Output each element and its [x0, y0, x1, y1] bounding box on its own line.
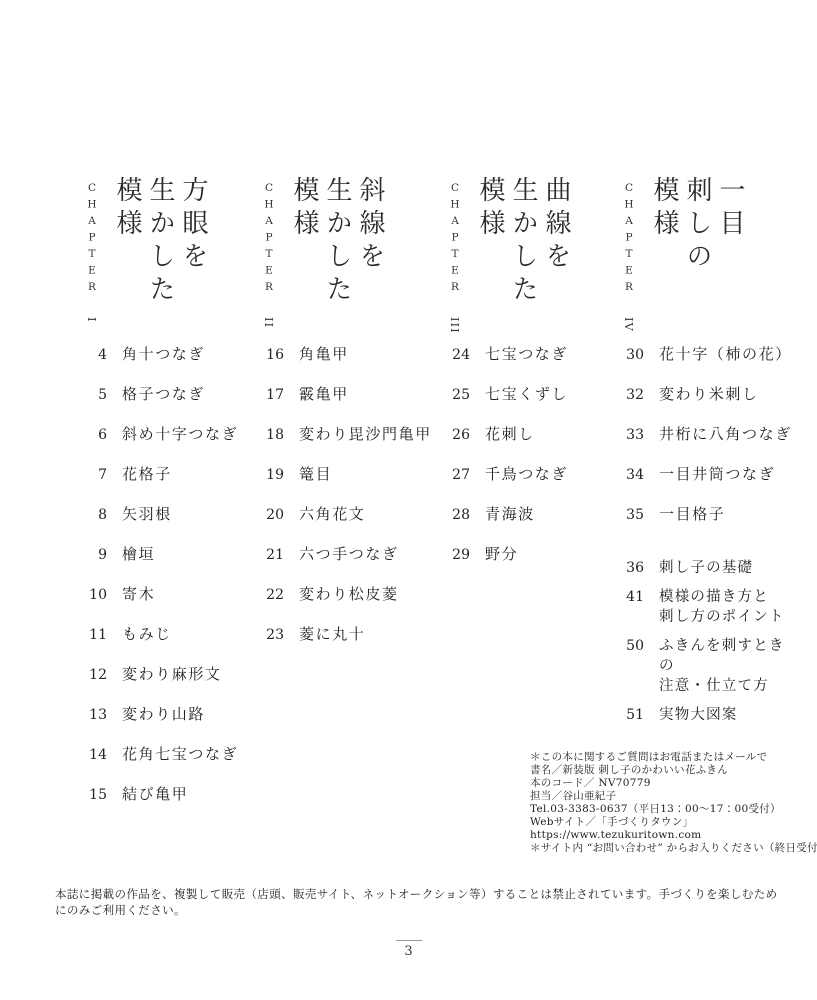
- toc-item: 5 格子つなぎ: [85, 384, 261, 404]
- chapter-title: 一目刺しの模様: [647, 176, 746, 328]
- contact-line: 担当／谷山亜紀子: [530, 790, 810, 803]
- toc-item: 10 寄木: [85, 584, 261, 604]
- book-toc-page: { "page": { "number": "3", "copyright_no…: [0, 0, 817, 1000]
- item-title-line: 矢羽根: [122, 504, 172, 524]
- item-page-number: 5: [85, 388, 107, 403]
- toc-item: 26 花刺し: [448, 424, 624, 444]
- item-title: 六つ手つなぎ: [299, 544, 399, 564]
- item-title: 千鳥つなぎ: [485, 464, 568, 484]
- item-title-line: 斜め十字つなぎ: [122, 424, 238, 444]
- item-title: 花角七宝つなぎ: [122, 744, 238, 764]
- contact-info-block: ＊この本に関するご質問はお電話またはメールで 書名／新装版 刺し子のかわいい花ふ…: [530, 751, 810, 855]
- item-title: 花格子: [122, 464, 172, 484]
- chapter-title-line: 模様: [110, 176, 143, 328]
- item-title: 篭目: [299, 464, 332, 484]
- chapter-section: CHAPTER II 斜線を生かした模様 16 角亀甲 17 霰亀甲 18 変わ…: [262, 176, 438, 678]
- item-page-number: 27: [448, 468, 470, 483]
- toc-item: 35 一目格子: [622, 504, 798, 524]
- item-title-line: もみじ: [122, 624, 172, 644]
- item-title-line: 花十字（柿の花）: [659, 344, 792, 364]
- item-page-number: 33: [622, 428, 644, 443]
- item-title-line: 注意・仕立て方: [659, 676, 798, 696]
- item-title-line: 結び亀甲: [122, 784, 188, 804]
- toc-item: 41 模様の描き方と刺し方のポイント: [622, 587, 798, 627]
- toc-item: 8 矢羽根: [85, 504, 261, 524]
- item-title: 七宝つなぎ: [485, 344, 568, 364]
- item-title: 斜め十字つなぎ: [122, 424, 238, 444]
- item-page-number: 21: [262, 548, 284, 563]
- copyright-note: 本誌に掲載の作品を、複製して販売（店頭、販売サイト、ネットオークション等）するこ…: [55, 886, 781, 918]
- chapter-title-line: 生かした: [320, 176, 353, 328]
- item-page-number: 9: [85, 548, 107, 563]
- chapter-item-list: 4 角十つなぎ 5 格子つなぎ 6 斜め十字つなぎ 7 花格子 8 矢羽根 9 …: [85, 344, 261, 804]
- item-title-line: ふきんを刺すときの: [659, 636, 798, 676]
- chapter-title: 斜線を生かした模様: [287, 176, 386, 328]
- item-title-line: 花角七宝つなぎ: [122, 744, 238, 764]
- chapter-word: CHAPTER: [449, 182, 461, 298]
- item-title: 一目井筒つなぎ: [659, 464, 775, 484]
- toc-item: 28 青海波: [448, 504, 624, 524]
- toc-item: 36 刺し子の基礎: [622, 558, 798, 578]
- item-title: 井桁に八角つなぎ: [659, 424, 792, 444]
- chapter-label: CHAPTER II: [262, 176, 276, 332]
- chapter-numeral: III: [448, 317, 462, 334]
- item-title-line: 青海波: [485, 504, 535, 524]
- chapter-section: CHAPTER IV 一目刺しの模様 30 花十字（柿の花） 32 変わり米刺し…: [622, 176, 798, 734]
- item-title: 格子つなぎ: [122, 384, 205, 404]
- toc-item: 16 角亀甲: [262, 344, 438, 364]
- toc-item: 33 井桁に八角つなぎ: [622, 424, 798, 444]
- item-title-line: 変わり麻形文: [122, 664, 222, 684]
- item-title-line: 千鳥つなぎ: [485, 464, 568, 484]
- toc-item: 25 七宝くずし: [448, 384, 624, 404]
- chapter-title-line: 模様: [647, 176, 680, 328]
- chapter-title-line: 模様: [473, 176, 506, 328]
- chapter-numeral: IV: [622, 317, 636, 332]
- item-title-line: 角十つなぎ: [122, 344, 205, 364]
- chapter-word: CHAPTER: [623, 182, 635, 298]
- item-title-line: 一目格子: [659, 504, 725, 524]
- item-page-number: 12: [85, 668, 107, 683]
- chapter-header: CHAPTER III 曲線を生かした模様: [448, 176, 624, 332]
- item-title: 変わり米刺し: [659, 384, 759, 404]
- chapter-section: CHAPTER III 曲線を生かした模様 24 七宝つなぎ 25 七宝くずし …: [448, 176, 624, 598]
- item-page-number: 26: [448, 428, 470, 443]
- item-title-line: 刺し子の基礎: [659, 558, 753, 578]
- item-title-line: 角亀甲: [299, 344, 349, 364]
- item-title: 寄木: [122, 584, 155, 604]
- toc-item: 21 六つ手つなぎ: [262, 544, 438, 564]
- item-title-line: 篭目: [299, 464, 332, 484]
- item-title: 実物大図案: [659, 705, 738, 725]
- chapter-title: 方眼を生かした模様: [110, 176, 209, 328]
- contact-line: Webサイト／「手づくりタウン」: [530, 816, 810, 829]
- chapter-title-line: 刺しの: [680, 176, 713, 328]
- item-title-line: 六つ手つなぎ: [299, 544, 399, 564]
- item-title: 変わり山路: [122, 704, 205, 724]
- toc-item: 30 花十字（柿の花）: [622, 344, 798, 364]
- item-title-line: 変わり毘沙門亀甲: [299, 424, 432, 444]
- item-page-number: 30: [622, 348, 644, 363]
- chapter-title-line: 生かした: [143, 176, 176, 328]
- item-title-line: 刺し方のポイント: [659, 607, 785, 627]
- item-title-line: 変わり山路: [122, 704, 205, 724]
- toc-item: 24 七宝つなぎ: [448, 344, 624, 364]
- item-title-line: 模様の描き方と: [659, 587, 785, 607]
- item-title: 花刺し: [485, 424, 535, 444]
- item-page-number: 15: [85, 788, 107, 803]
- item-page-number: 41: [622, 590, 644, 605]
- toc-item: 32 変わり米刺し: [622, 384, 798, 404]
- chapter-title-line: 曲線を: [539, 176, 572, 328]
- item-title: 角亀甲: [299, 344, 349, 364]
- item-page-number: 14: [85, 748, 107, 763]
- item-title-line: 檜垣: [122, 544, 155, 564]
- toc-item: 19 篭目: [262, 464, 438, 484]
- item-page-number: 10: [85, 588, 107, 603]
- contact-line: https://www.tezukuritown.com: [530, 829, 810, 842]
- item-title: 菱に丸十: [299, 624, 365, 644]
- item-title: ふきんを刺すときの注意・仕立て方: [659, 636, 798, 696]
- item-title: 花十字（柿の花）: [659, 344, 792, 364]
- toc-item: 23 菱に丸十: [262, 624, 438, 644]
- item-title-line: 井桁に八角つなぎ: [659, 424, 792, 444]
- item-page-number: 20: [262, 508, 284, 523]
- item-page-number: 23: [262, 628, 284, 643]
- item-page-number: 32: [622, 388, 644, 403]
- page-footer: 3: [0, 940, 817, 959]
- item-title-line: 一目井筒つなぎ: [659, 464, 775, 484]
- item-page-number: 28: [448, 508, 470, 523]
- item-title: 野分: [485, 544, 518, 564]
- item-title: 変わり麻形文: [122, 664, 222, 684]
- toc-item: 4 角十つなぎ: [85, 344, 261, 364]
- toc-item: 18 変わり毘沙門亀甲: [262, 424, 438, 444]
- chapter-numeral: II: [262, 317, 276, 328]
- toc-item: 11 もみじ: [85, 624, 261, 644]
- toc-item: 14 花角七宝つなぎ: [85, 744, 261, 764]
- chapter-item-list: 16 角亀甲 17 霰亀甲 18 変わり毘沙門亀甲 19 篭目 20 六角花文 …: [262, 344, 438, 644]
- item-title-line: 実物大図案: [659, 705, 738, 725]
- item-title: 変わり毘沙門亀甲: [299, 424, 432, 444]
- item-page-number: 35: [622, 508, 644, 523]
- page-number-rule: [396, 940, 422, 941]
- item-title: 一目格子: [659, 504, 725, 524]
- chapter-label: CHAPTER IV: [622, 176, 636, 332]
- chapter-title-line: 一目: [713, 176, 746, 328]
- chapter-title-line: 方眼を: [176, 176, 209, 328]
- toc-item: 13 変わり山路: [85, 704, 261, 724]
- item-title-line: 霰亀甲: [299, 384, 349, 404]
- item-title-line: 七宝つなぎ: [485, 344, 568, 364]
- chapter-title-line: 斜線を: [353, 176, 386, 328]
- chapter-word: CHAPTER: [263, 182, 275, 298]
- item-title-line: 変わり米刺し: [659, 384, 759, 404]
- item-page-number: 7: [85, 468, 107, 483]
- item-page-number: 25: [448, 388, 470, 403]
- chapter-title: 曲線を生かした模様: [473, 176, 572, 328]
- item-title-line: 六角花文: [299, 504, 365, 524]
- item-page-number: 8: [85, 508, 107, 523]
- item-title-line: 花格子: [122, 464, 172, 484]
- item-title: 結び亀甲: [122, 784, 188, 804]
- chapter-word: CHAPTER: [86, 182, 98, 298]
- item-title-line: 菱に丸十: [299, 624, 365, 644]
- toc-item: 17 霰亀甲: [262, 384, 438, 404]
- toc-item: 22 変わり松皮菱: [262, 584, 438, 604]
- toc-item: 15 結び亀甲: [85, 784, 261, 804]
- item-title: もみじ: [122, 624, 172, 644]
- item-page-number: 17: [262, 388, 284, 403]
- toc-item: 12 変わり麻形文: [85, 664, 261, 684]
- chapter-header: CHAPTER IV 一目刺しの模様: [622, 176, 798, 332]
- item-title: 七宝くずし: [485, 384, 568, 404]
- item-title: 六角花文: [299, 504, 365, 524]
- chapter-header: CHAPTER I 方眼を生かした模様: [85, 176, 261, 332]
- contact-line: Tel.03-3383-0637（平日13：00～17：00受付）: [530, 803, 810, 816]
- toc-item: 7 花格子: [85, 464, 261, 484]
- item-page-number: 29: [448, 548, 470, 563]
- item-title: 檜垣: [122, 544, 155, 564]
- contact-line: ＊この本に関するご質問はお電話またはメールで: [530, 751, 810, 764]
- toc-item: 9 檜垣: [85, 544, 261, 564]
- item-page-number: 4: [85, 348, 107, 363]
- item-title-line: 格子つなぎ: [122, 384, 205, 404]
- chapter-label: CHAPTER III: [448, 176, 462, 332]
- contact-line: 書名／新装版 刺し子のかわいい花ふきん: [530, 764, 810, 777]
- chapter-extra-list: 36 刺し子の基礎 41 模様の描き方と刺し方のポイント 50 ふきんを刺すとき…: [622, 558, 798, 725]
- item-page-number: 11: [85, 628, 107, 643]
- item-title: 霰亀甲: [299, 384, 349, 404]
- chapter-title-line: 生かした: [506, 176, 539, 328]
- item-page-number: 34: [622, 468, 644, 483]
- item-title: 模様の描き方と刺し方のポイント: [659, 587, 785, 627]
- item-title: 角十つなぎ: [122, 344, 205, 364]
- item-title: 刺し子の基礎: [659, 558, 753, 578]
- toc-item: 51 実物大図案: [622, 705, 798, 725]
- item-title: 変わり松皮菱: [299, 584, 399, 604]
- item-page-number: 22: [262, 588, 284, 603]
- toc-item: 29 野分: [448, 544, 624, 564]
- item-page-number: 36: [622, 561, 644, 576]
- item-title: 矢羽根: [122, 504, 172, 524]
- item-title-line: 七宝くずし: [485, 384, 568, 404]
- item-title-line: 花刺し: [485, 424, 535, 444]
- item-page-number: 24: [448, 348, 470, 363]
- chapter-title-line: 模様: [287, 176, 320, 328]
- item-page-number: 50: [622, 639, 644, 654]
- item-page-number: 16: [262, 348, 284, 363]
- item-page-number: 13: [85, 708, 107, 723]
- toc-item: 6 斜め十字つなぎ: [85, 424, 261, 444]
- item-title-line: 変わり松皮菱: [299, 584, 399, 604]
- item-page-number: 18: [262, 428, 284, 443]
- chapter-item-list: 24 七宝つなぎ 25 七宝くずし 26 花刺し 27 千鳥つなぎ 28 青海波…: [448, 344, 624, 564]
- item-title-line: 野分: [485, 544, 518, 564]
- item-page-number: 19: [262, 468, 284, 483]
- item-title: 青海波: [485, 504, 535, 524]
- chapter-header: CHAPTER II 斜線を生かした模様: [262, 176, 438, 332]
- chapter-section: CHAPTER I 方眼を生かした模様 4 角十つなぎ 5 格子つなぎ 6 斜め…: [85, 176, 261, 838]
- toc-item: 20 六角花文: [262, 504, 438, 524]
- item-title-line: 寄木: [122, 584, 155, 604]
- page-number: 3: [0, 944, 817, 959]
- toc-item: 34 一目井筒つなぎ: [622, 464, 798, 484]
- item-page-number: 6: [85, 428, 107, 443]
- contact-line: ＊サイト内 “お問い合わせ” からお入りください（終日受付）。: [530, 842, 810, 855]
- toc-item: 50 ふきんを刺すときの注意・仕立て方: [622, 636, 798, 696]
- chapter-label: CHAPTER I: [85, 176, 99, 332]
- chapter-numeral: I: [85, 317, 99, 323]
- contact-line: 本のコード／ NV70779: [530, 777, 810, 790]
- chapter-item-list: 30 花十字（柿の花） 32 変わり米刺し 33 井桁に八角つなぎ 34 一目井…: [622, 344, 798, 524]
- toc-item: 27 千鳥つなぎ: [448, 464, 624, 484]
- item-page-number: 51: [622, 708, 644, 723]
